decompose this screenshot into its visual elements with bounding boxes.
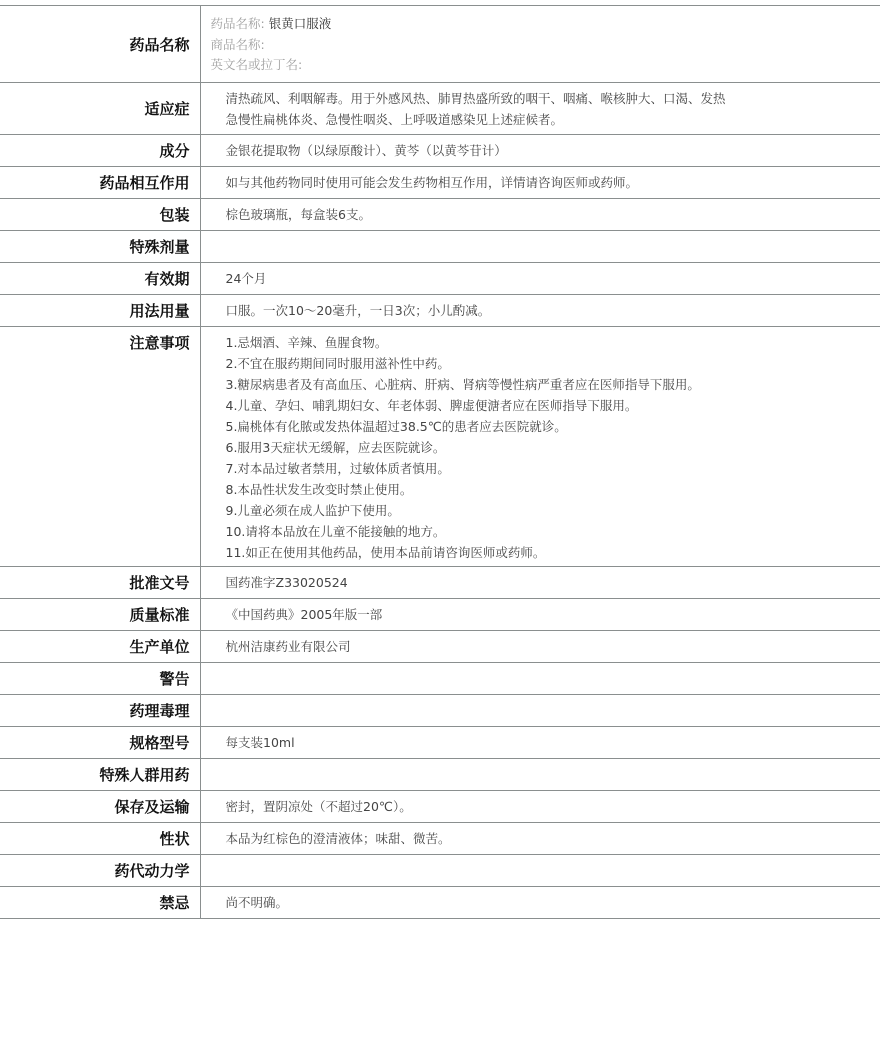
indications-line: 急慢性扁桃体炎、急慢性咽炎、上呼吸道感染见上述症候者。 — [226, 109, 880, 130]
row-indications: 适应症 清热疏风、利咽解毒。用于外感风热、肺胃热盛所致的咽干、咽痛、喉核肿大、口… — [0, 83, 880, 135]
generic-name-line: 药品名称: 银黄口服液 — [211, 14, 880, 35]
precaution-item: 8.本品性状发生改变时禁止使用。 — [226, 479, 880, 500]
value-contraindications: 尚不明确。 — [200, 887, 880, 919]
precaution-item: 10.请将本品放在儿童不能接触的地方。 — [226, 521, 880, 542]
value-shelf-life: 24个月 — [200, 263, 880, 295]
value-storage: 密封，置阴凉处（不超过20℃）。 — [200, 791, 880, 823]
label-contraindications: 禁忌 — [0, 887, 200, 919]
row-interactions: 药品相互作用 如与其他药物同时使用可能会发生药物相互作用，详情请咨询医师或药师。 — [0, 167, 880, 199]
value-ingredients: 金银花提取物（以绿原酸计）、黄芩（以黄芩苷计） — [200, 135, 880, 167]
value-precautions: 1.忌烟酒、辛辣、鱼腥食物。 2.不宜在服药期间同时服用滋补性中药。 3.糖尿病… — [200, 327, 880, 567]
row-storage: 保存及运输 密封，置阴凉处（不超过20℃）。 — [0, 791, 880, 823]
row-ingredients: 成分 金银花提取物（以绿原酸计）、黄芩（以黄芩苷计） — [0, 135, 880, 167]
value-pharmacokinetics — [200, 855, 880, 887]
generic-name-key: 药品名称: — [211, 16, 265, 31]
row-specification: 规格型号 每支装10ml — [0, 727, 880, 759]
label-interactions: 药品相互作用 — [0, 167, 200, 199]
label-shelf-life: 有效期 — [0, 263, 200, 295]
row-special-dosage: 特殊剂量 — [0, 231, 880, 263]
label-ingredients: 成分 — [0, 135, 200, 167]
precaution-item: 4.儿童、孕妇、哺乳期妇女、年老体弱、脾虚便溏者应在医师指导下服用。 — [226, 395, 880, 416]
indications-line: 清热疏风、利咽解毒。用于外感风热、肺胃热盛所致的咽干、咽痛、喉核肿大、口渴、发热 — [226, 88, 880, 109]
row-pharmacology-toxicology: 药理毒理 — [0, 695, 880, 727]
label-pharmacology-toxicology: 药理毒理 — [0, 695, 200, 727]
precaution-item: 9.儿童必须在成人监护下使用。 — [226, 500, 880, 521]
value-indications: 清热疏风、利咽解毒。用于外感风热、肺胃热盛所致的咽干、咽痛、喉核肿大、口渴、发热… — [200, 83, 880, 135]
row-pharmacokinetics: 药代动力学 — [0, 855, 880, 887]
value-quality-standard: 《中国药典》2005年版一部 — [200, 599, 880, 631]
label-quality-standard: 质量标准 — [0, 599, 200, 631]
value-special-dosage — [200, 231, 880, 263]
value-drug-name: 药品名称: 银黄口服液 商品名称: 英文名或拉丁名: — [200, 6, 880, 83]
label-approval-number: 批准文号 — [0, 567, 200, 599]
value-manufacturer: 杭州洁康药业有限公司 — [200, 631, 880, 663]
value-description: 本品为红棕色的澄清液体；味甜、微苦。 — [200, 823, 880, 855]
trade-name-line: 商品名称: — [211, 35, 880, 56]
label-storage: 保存及运输 — [0, 791, 200, 823]
generic-name-value: 银黄口服液 — [269, 16, 332, 31]
label-warning: 警告 — [0, 663, 200, 695]
label-manufacturer: 生产单位 — [0, 631, 200, 663]
row-approval-number: 批准文号 国药准字Z33020524 — [0, 567, 880, 599]
label-description: 性状 — [0, 823, 200, 855]
label-usage: 用法用量 — [0, 295, 200, 327]
english-name-key: 英文名或拉丁名: — [211, 57, 303, 72]
precaution-item: 11.如正在使用其他药品，使用本品前请咨询医师或药师。 — [226, 542, 880, 563]
value-specification: 每支装10ml — [200, 727, 880, 759]
row-warning: 警告 — [0, 663, 880, 695]
value-usage: 口服。一次10～20毫升，一日3次；小儿酌减。 — [200, 295, 880, 327]
precaution-item: 6.服用3天症状无缓解，应去医院就诊。 — [226, 437, 880, 458]
precaution-item: 2.不宜在服药期间同时服用滋补性中药。 — [226, 353, 880, 374]
english-name-line: 英文名或拉丁名: — [211, 55, 880, 76]
value-special-populations — [200, 759, 880, 791]
row-shelf-life: 有效期 24个月 — [0, 263, 880, 295]
value-packaging: 棕色玻璃瓶，每盒装6支。 — [200, 199, 880, 231]
row-special-populations: 特殊人群用药 — [0, 759, 880, 791]
label-special-dosage: 特殊剂量 — [0, 231, 200, 263]
value-approval-number: 国药准字Z33020524 — [200, 567, 880, 599]
row-usage: 用法用量 口服。一次10～20毫升，一日3次；小儿酌减。 — [0, 295, 880, 327]
label-special-populations: 特殊人群用药 — [0, 759, 200, 791]
label-indications: 适应症 — [0, 83, 200, 135]
row-quality-standard: 质量标准 《中国药典》2005年版一部 — [0, 599, 880, 631]
row-contraindications: 禁忌 尚不明确。 — [0, 887, 880, 919]
label-drug-name: 药品名称 — [0, 6, 200, 83]
value-warning — [200, 663, 880, 695]
value-pharmacology-toxicology — [200, 695, 880, 727]
label-precautions: 注意事项 — [0, 327, 200, 567]
precaution-item: 1.忌烟酒、辛辣、鱼腥食物。 — [226, 332, 880, 353]
row-drug-name: 药品名称 药品名称: 银黄口服液 商品名称: 英文名或拉丁名: — [0, 6, 880, 83]
label-pharmacokinetics: 药代动力学 — [0, 855, 200, 887]
trade-name-key: 商品名称: — [211, 37, 265, 52]
row-packaging: 包装 棕色玻璃瓶，每盒装6支。 — [0, 199, 880, 231]
value-interactions: 如与其他药物同时使用可能会发生药物相互作用，详情请咨询医师或药师。 — [200, 167, 880, 199]
precaution-item: 3.糖尿病患者及有高血压、心脏病、肝病、肾病等慢性病严重者应在医师指导下服用。 — [226, 374, 880, 395]
precaution-item: 5.扁桃体有化脓或发热体温超过38.5℃的患者应去医院就诊。 — [226, 416, 880, 437]
precaution-item: 7.对本品过敏者禁用，过敏体质者慎用。 — [226, 458, 880, 479]
label-specification: 规格型号 — [0, 727, 200, 759]
row-description: 性状 本品为红棕色的澄清液体；味甜、微苦。 — [0, 823, 880, 855]
row-manufacturer: 生产单位 杭州洁康药业有限公司 — [0, 631, 880, 663]
label-packaging: 包装 — [0, 199, 200, 231]
row-precautions: 注意事项 1.忌烟酒、辛辣、鱼腥食物。 2.不宜在服药期间同时服用滋补性中药。 … — [0, 327, 880, 567]
drug-spec-table: 药品名称 药品名称: 银黄口服液 商品名称: 英文名或拉丁名: 适应症 清热 — [0, 5, 880, 919]
